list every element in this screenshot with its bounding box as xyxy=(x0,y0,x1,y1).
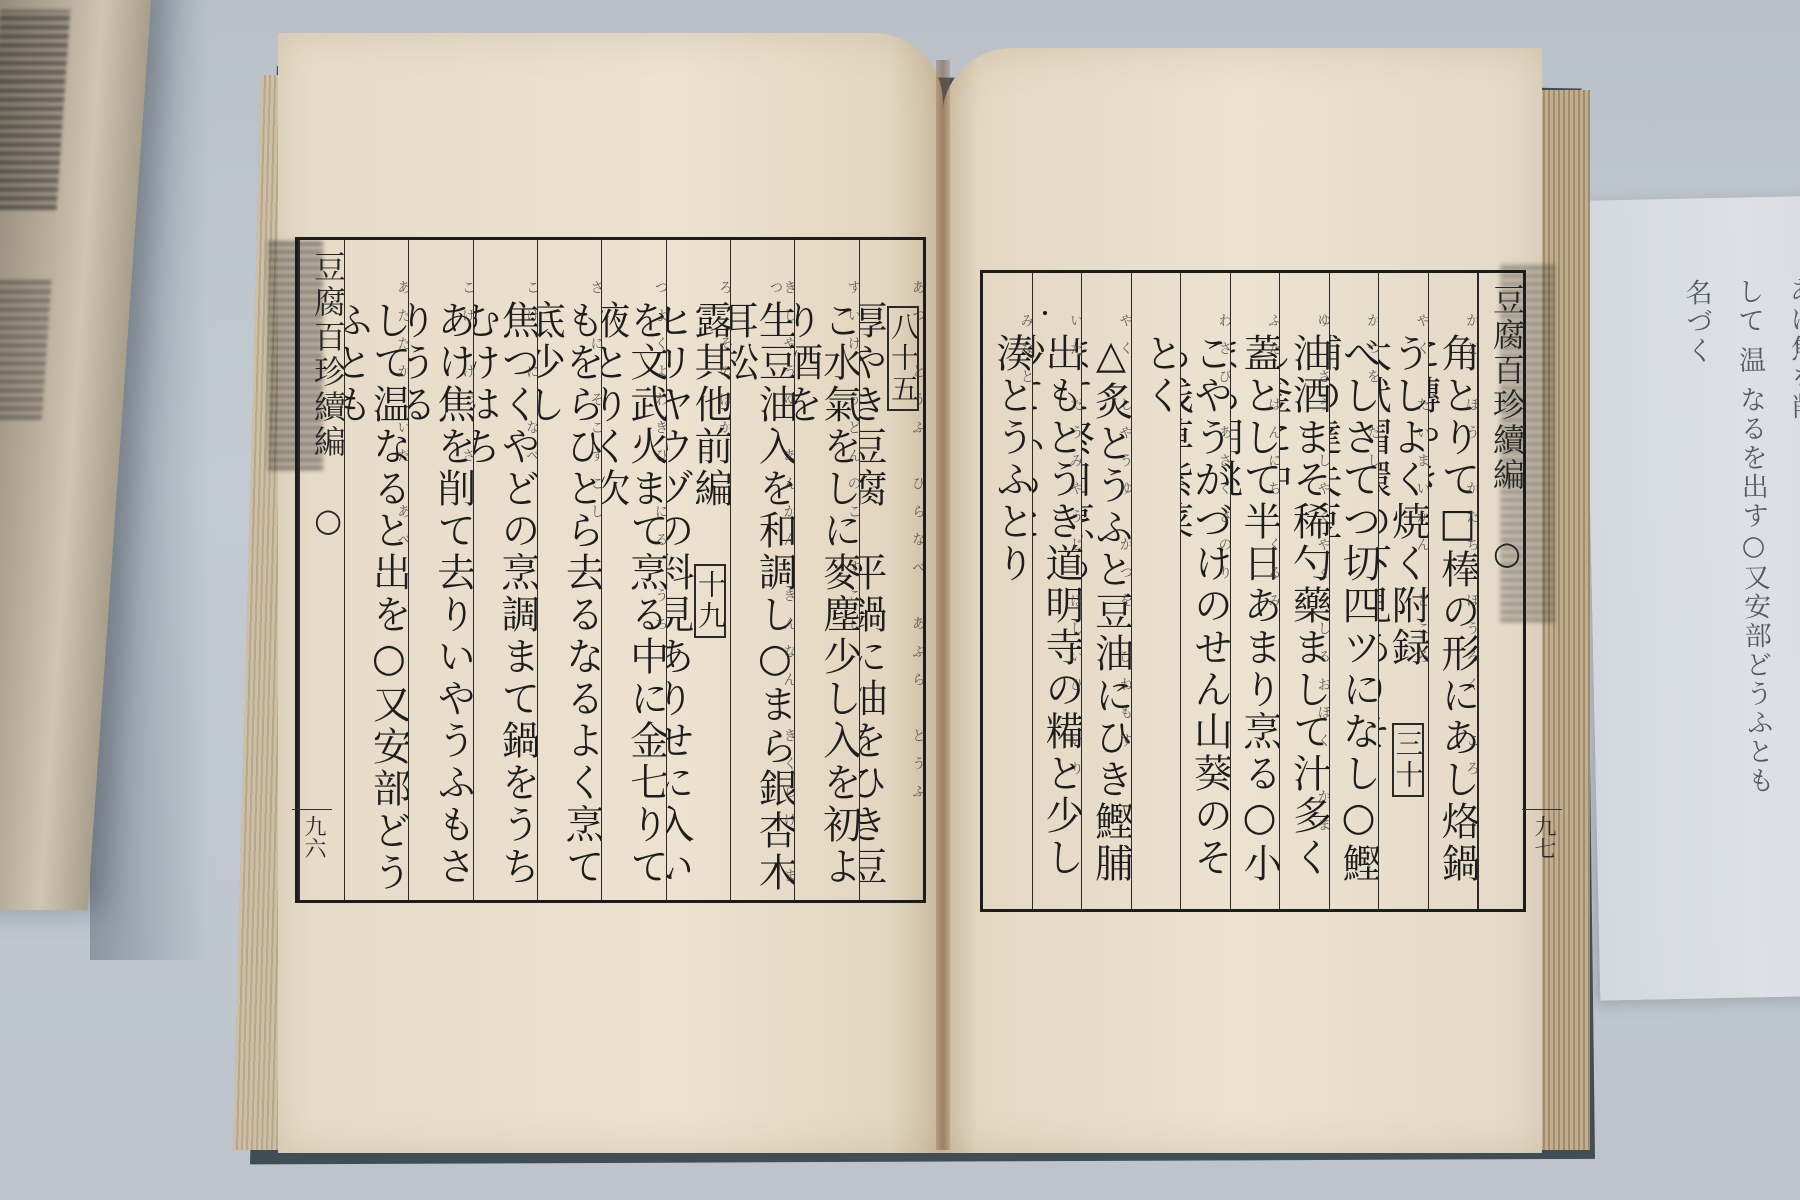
furigana: こげ に なべ xyxy=(525,280,537,476)
left-page-text-frame: 八十五 厚やき豆腐 平鍋に油をひき豆腐をうちて あつ とうふ ひらなべ あぶら … xyxy=(295,237,926,903)
left-col-5: を文武火まて烹る中に金七りて液とりく次 つよくよわきひ にる うち xyxy=(601,240,665,900)
right-col-3: べしさてつ切四ツになし○鰹脯の達失豆 かつを だし xyxy=(1329,273,1379,909)
furigana: かつを だし xyxy=(1366,313,1378,481)
caption-line-1: あげ焦を削 xyxy=(1784,276,1800,422)
neighbor-book-ink xyxy=(0,10,70,210)
left-col-8: あけ焦を削て去りいやうふもさりうる こげ けづ さ xyxy=(408,240,472,900)
right-col-2: うしよく焼く附録 三十 大玳瑁環の下見ありそ やく たいまいかん ところ xyxy=(1378,273,1428,909)
furigana: わさび あさくさのり xyxy=(1218,313,1230,593)
furigana: やく しやうゆ かつを ひねもす xyxy=(1119,313,1131,761)
right-page-text-frame: 豆腐百珍續編 ○ 角とりて□棒の形にあし烙鍋に轉やき かど ぼう かたち ほうろ… xyxy=(980,270,1526,912)
furigana: かど ぼう かたち ほうろく ころ xyxy=(1465,313,1477,789)
right-col-4: 油酒まそ稀勺藥まして汁多くし釜に中 ゆ さう しやくやく しるおほく かま xyxy=(1279,273,1329,909)
book-title-header: 豆腐百珍續編 xyxy=(1488,283,1523,493)
cross-reference-badge: 三十 xyxy=(1392,723,1424,797)
furigana: あたたか いだ あべ xyxy=(396,280,408,560)
furigana: みなと xyxy=(1020,313,1032,397)
furigana: こげ けづ さ xyxy=(461,280,473,476)
cross-reference-badge: 十九 xyxy=(694,564,726,638)
furigana: いだ だうみやうじ ほしいひ いり xyxy=(1069,313,1081,789)
left-col-9: して温なると出を○又安部どうふとも あたたか いだ あべ xyxy=(344,240,408,900)
right-page-header: 豆腐百珍續編 ○ xyxy=(1477,273,1523,909)
right-col-7: とく xyxy=(1131,273,1181,909)
furigana: あつ とうふ ひらなべ あぶら とうふ xyxy=(911,280,923,812)
furigana: ふた はんにち くるみ xyxy=(1267,313,1279,621)
furigana: つよくよわきひ にる うち xyxy=(654,280,666,644)
column-text: 大玳瑁環の下見ありそ xyxy=(1378,333,1389,753)
header-mark: ○ xyxy=(1488,534,1523,575)
neighbor-book-ink xyxy=(0,280,52,420)
left-page-header: 豆腐百珍續編 ○ xyxy=(298,240,344,900)
book-title-header: 豆腐百珍續編 xyxy=(309,250,344,460)
right-folio-number: 九七 xyxy=(1528,815,1559,859)
right-col-10: 湊とうふとり みなと xyxy=(983,273,1032,909)
caption-text: あげ焦を削 して 温 なるを出す○又安部どうふとも 名づく xyxy=(1669,276,1800,959)
furigana: きしやうゆ あんかん ぎんなん きくらげ まつ xyxy=(768,280,794,900)
furigana: すいけ うどんのこ すこし xyxy=(847,280,859,644)
column-text: とく xyxy=(1141,333,1180,417)
left-col-3: 生豆油入を和調し○まら銀杏木耳松 きしやうゆ あんかん ぎんなん きくらげ まつ xyxy=(730,240,794,900)
right-col-8: △炙とうふと豆油にひき鰹脯まて終日烹る やく しやうゆ かつを ひねもす xyxy=(1081,273,1131,909)
left-col-1: 八十五 厚やき豆腐 平鍋に油をひき豆腐をうちて あつ とうふ ひらなべ あぶら … xyxy=(859,240,923,900)
photo-scene: あげ焦を削 して 温 なるを出す○又安部どうふとも 名づく 八十五 厚やき豆腐 … xyxy=(0,0,1800,1200)
museum-caption-card: あげ焦を削 して 温 なるを出す○又安部どうふとも 名づく xyxy=(1584,195,1800,1000)
left-col-7: 焦つくやどの烹調まて鍋をうちむけはち こげ に なべ xyxy=(473,240,537,900)
left-col-2: こ水氣をしに麥塵少し入を初より酒を すいけ うどんのこ すこし xyxy=(794,240,858,900)
right-col-6: こやうがづけのせん山葵のそら浅草紫菜 わさび あさくさのり xyxy=(1180,273,1230,909)
left-col-6: もをらひとら去るなるよく烹て底少し さ に そこすこし xyxy=(537,240,601,900)
caption-line-3: 名づく xyxy=(1680,278,1713,366)
caption-line-2: して 温 なるを出す○又安部どうふとも xyxy=(1732,277,1774,796)
furigana: やく たいまいかん ところ xyxy=(1416,313,1428,677)
book-gutter xyxy=(936,60,950,1150)
column-text: ヒリヤウヅの料見ありせに入い xyxy=(666,300,691,888)
left-folio-number: 九六 xyxy=(298,815,329,859)
right-col-1: 角とりて□棒の形にあし烙鍋に轉やき かど ぼう かたち ほうろく ころ xyxy=(1428,273,1478,909)
ink-speck xyxy=(1043,311,1047,315)
furigana: ろ そのほか xyxy=(718,280,730,448)
right-col-9: 出もとうき道明寺の糒と少し炒てふると いだ だうみやうじ ほしいひ いり xyxy=(1032,273,1082,909)
left-col-4: 露其他前編 十九 ヒリヤウヅの料見ありせに入い ろ そのほか xyxy=(666,240,730,900)
right-col-5: 蓋として半日あまり烹る○小まら胡桃 ふた はんにち くるみ xyxy=(1230,273,1280,909)
furigana: ゆ さう しやくやく しるおほく かま xyxy=(1317,313,1329,845)
header-mark: ○ xyxy=(309,501,344,542)
column-text: 厚やき豆腐 平鍋に油をひき豆腐をうちて xyxy=(859,300,884,900)
furigana: さ に そこすこし xyxy=(589,280,601,532)
